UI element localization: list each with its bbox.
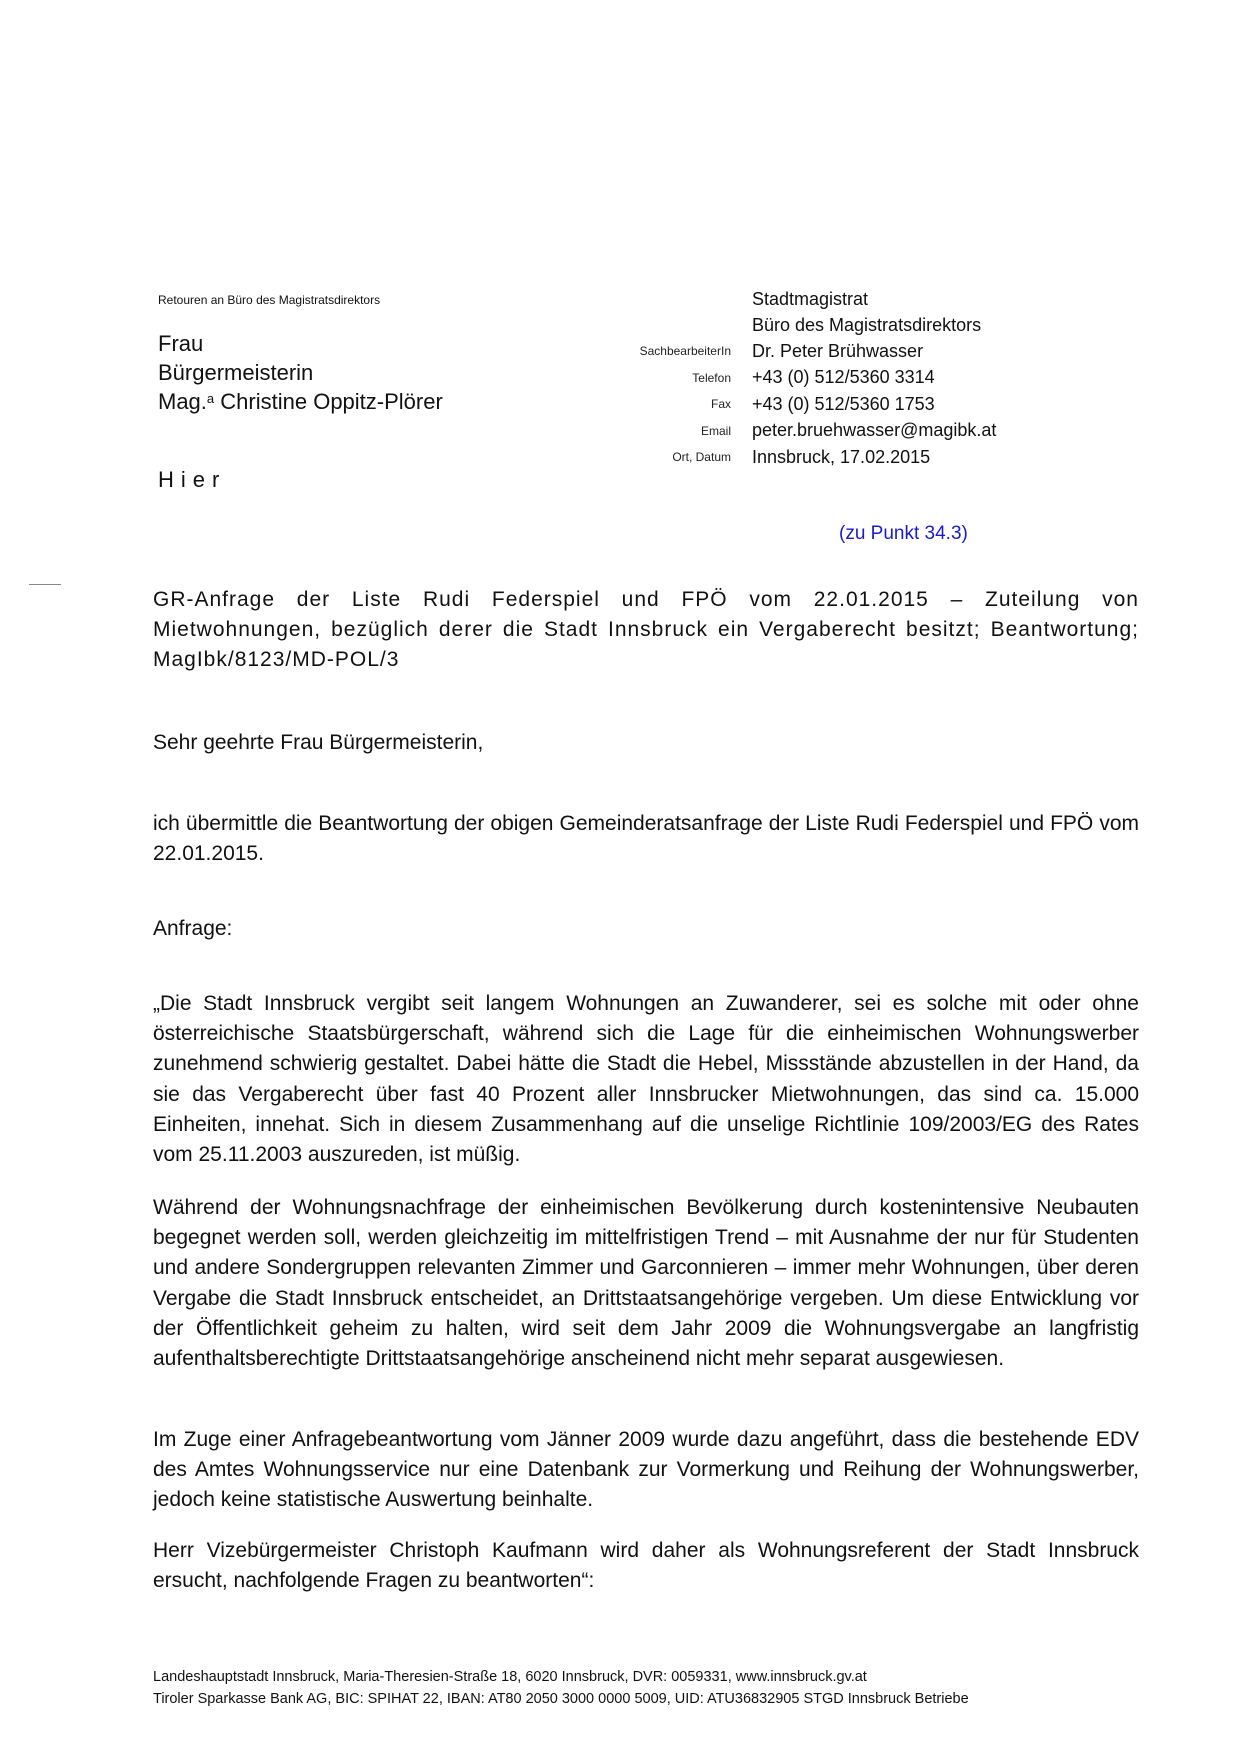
footer-address-line: Landeshauptstadt Innsbruck, Maria-Theres… xyxy=(153,1666,969,1688)
sender-info-label: Fax xyxy=(560,391,752,418)
quote-paragraph: Herr Vizebürgermeister Christoph Kaufman… xyxy=(153,1536,1139,1596)
recipient-title-superscript: a xyxy=(207,391,214,406)
quote-paragraph: Im Zuge einer Anfragebeantwortung vom Jä… xyxy=(153,1425,1139,1516)
sender-info-row: Ort, DatumInnsbruck, 17.02.2015 xyxy=(560,444,996,471)
return-address: Retouren an Büro des Magistratsdirektors xyxy=(158,293,380,307)
sender-info-row: Fax+43 (0) 512/5360 1753 xyxy=(560,391,996,418)
sender-info-row: Telefon+43 (0) 512/5360 3314 xyxy=(560,365,996,392)
recipient-block: Frau Bürgermeisterin Mag.a Christine Opp… xyxy=(158,329,443,416)
recipient-name: Christine Oppitz-Plörer xyxy=(220,389,443,414)
sender-info-label: Telefon xyxy=(560,365,752,392)
recipient-salutation: Frau xyxy=(158,329,443,358)
sender-info-row: SachbearbeiterInDr. Peter Brühwasser xyxy=(560,338,996,365)
sender-info-row: Emailpeter.bruehwasser@magibk.at xyxy=(560,418,996,445)
recipient-academic-title: Mag. xyxy=(158,389,207,414)
sender-info-value: peter.bruehwasser@magibk.at xyxy=(752,418,996,445)
sender-info-value: +43 (0) 512/5360 1753 xyxy=(752,391,996,418)
footer-bank-line: Tiroler Sparkasse Bank AG, BIC: SPIHAT 2… xyxy=(153,1688,969,1710)
quote-paragraph: „Die Stadt Innsbruck vergibt seit langem… xyxy=(153,989,1139,1170)
page-footer: Landeshauptstadt Innsbruck, Maria-Theres… xyxy=(153,1666,969,1710)
subject-line: GR-Anfrage der Liste Rudi Federspiel und… xyxy=(153,585,1139,676)
reference-note: (zu Punkt 34.3) xyxy=(839,523,968,545)
sender-info-value: +43 (0) 512/5360 3314 xyxy=(752,365,996,392)
sender-info-label: Email xyxy=(560,418,752,445)
sender-header: Stadtmagistrat Büro des Magistratsdirekt… xyxy=(752,286,981,338)
quote-paragraph: Während der Wohnungsnachfrage der einhei… xyxy=(153,1193,1139,1374)
recipient-title: Bürgermeisterin xyxy=(158,358,443,387)
sender-organization: Stadtmagistrat xyxy=(752,286,981,312)
sender-info-value: Innsbruck, 17.02.2015 xyxy=(752,444,996,471)
sender-info-value: Dr. Peter Brühwasser xyxy=(752,338,996,365)
sender-info-table: SachbearbeiterInDr. Peter BrühwasserTele… xyxy=(560,338,996,471)
sender-info-label: Ort, Datum xyxy=(560,444,752,471)
fold-mark xyxy=(29,584,61,585)
intro-paragraph: ich übermittle die Beantwortung der obig… xyxy=(153,809,1139,869)
location-note: Hier xyxy=(158,467,226,493)
sender-department: Büro des Magistratsdirektors xyxy=(752,312,981,338)
anfrage-heading: Anfrage: xyxy=(153,914,1139,944)
recipient-name-line: Mag.a Christine Oppitz-Plörer xyxy=(158,387,443,416)
sender-info-label: SachbearbeiterIn xyxy=(560,338,752,365)
salutation: Sehr geehrte Frau Bürgermeisterin, xyxy=(153,728,1139,758)
